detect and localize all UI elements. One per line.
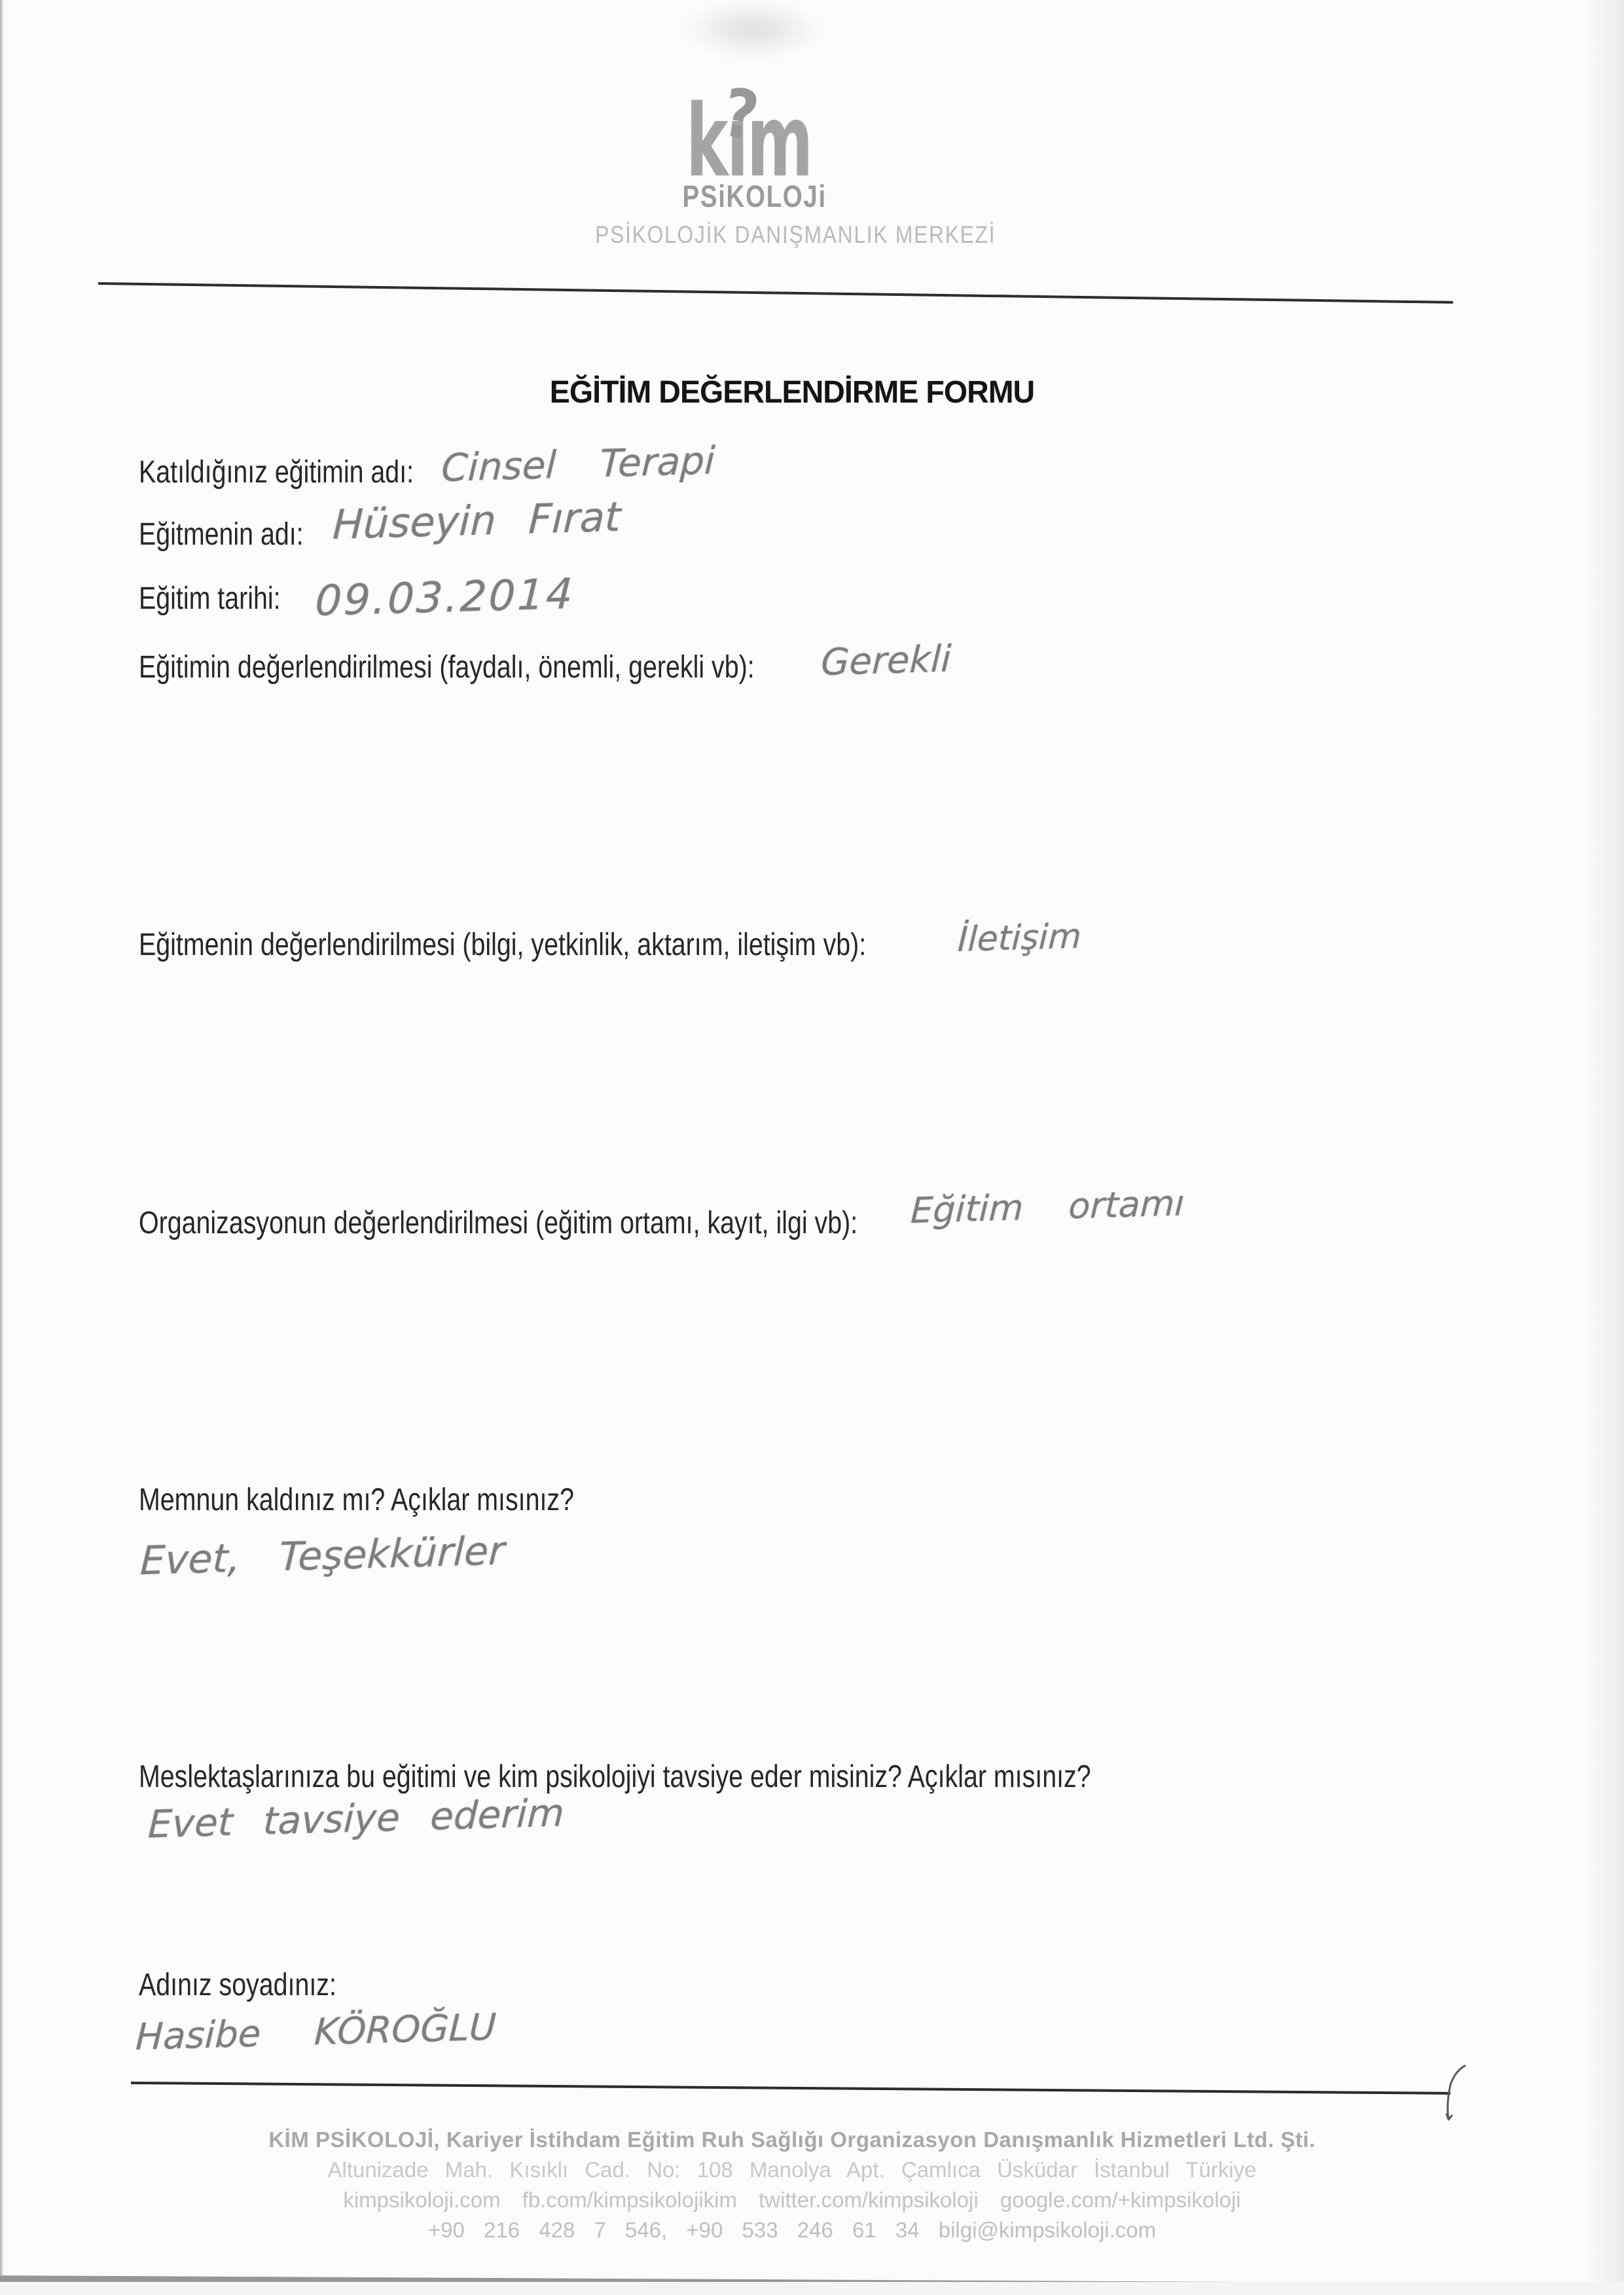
footer-web-line: kimpsikoloji.com fb.com/kimpsikolojikim …	[236, 2185, 1348, 2215]
field-value-satisfaction: Evet, Teşekkürler	[139, 1529, 505, 1583]
field-label-organization-evaluation: Organizasyonun değerlendirilmesi (eğitim…	[139, 1206, 857, 1240]
scanner-background	[0, 2282, 1624, 2295]
header-rule	[98, 282, 1453, 304]
field-label-recommendation: Meslektaşlarınıza bu eğitimi ve kim psik…	[139, 1760, 1091, 1794]
field-label-full-name: Adınız soyadınız:	[139, 1968, 336, 2002]
field-value-trainer-name: Hüseyin Fırat	[332, 495, 622, 548]
field-label-satisfaction: Memnun kaldınız mı? Açıklar mısınız?	[139, 1483, 574, 1517]
paper-right-edge	[1585, 0, 1624, 2295]
footer-contact-line: +90 216 428 7 546, +90 533 246 61 34 bil…	[236, 2215, 1348, 2245]
field-label-training-name: Katıldığınız eğitimin adı:	[139, 456, 414, 490]
scan-smudge	[655, 0, 851, 72]
form-title: EĞİTİM DEĞERLENDİRME FORMU	[265, 374, 1319, 410]
footer-company-line: KİM PSİKOLOJİ, Kariyer İstihdam Eğitim R…	[236, 2125, 1348, 2155]
field-label-training-evaluation: Eğitimin değerlendirilmesi (faydalı, öne…	[139, 651, 755, 685]
field-value-trainer-evaluation: İletişim	[957, 918, 1082, 960]
field-value-recommendation: Evet tavsiye ederim	[147, 1792, 565, 1846]
field-value-full-name: Hasibe KÖROĞLU	[135, 2008, 497, 2058]
logo-subtitle: PSİKOLOJİK DANIŞMANLIK MERKEZİ	[595, 221, 911, 249]
paper-left-edge	[0, 0, 4, 2295]
logo-brand-name: PSiKOLOJi	[683, 178, 817, 214]
footer-rule	[131, 2082, 1451, 2095]
pen-mark	[1431, 2059, 1477, 2131]
footer-address-line: Altunizade Mah. Kısıklı Cad. No: 108 Man…	[236, 2155, 1348, 2185]
field-label-training-date: Eğitim tarihi:	[139, 582, 281, 616]
footer: KİM PSİKOLOJİ, Kariyer İstihdam Eğitim R…	[236, 2125, 1348, 2245]
field-label-trainer-name: Eğitmenin adı:	[139, 518, 304, 552]
field-value-organization-evaluation: Eğitim ortamı	[910, 1184, 1185, 1230]
field-value-training-evaluation: Gerekli	[820, 639, 952, 683]
scanned-form-page: kım ? PSiKOLOJi PSİKOLOJİK DANIŞMANLIK M…	[0, 0, 1624, 2295]
field-value-training-name: Cinsel Terapi	[441, 440, 716, 490]
field-value-training-date: 09.03.2014	[314, 571, 575, 625]
field-label-trainer-evaluation: Eğitmenin değerlendirilmesi (bilgi, yetk…	[139, 928, 866, 962]
